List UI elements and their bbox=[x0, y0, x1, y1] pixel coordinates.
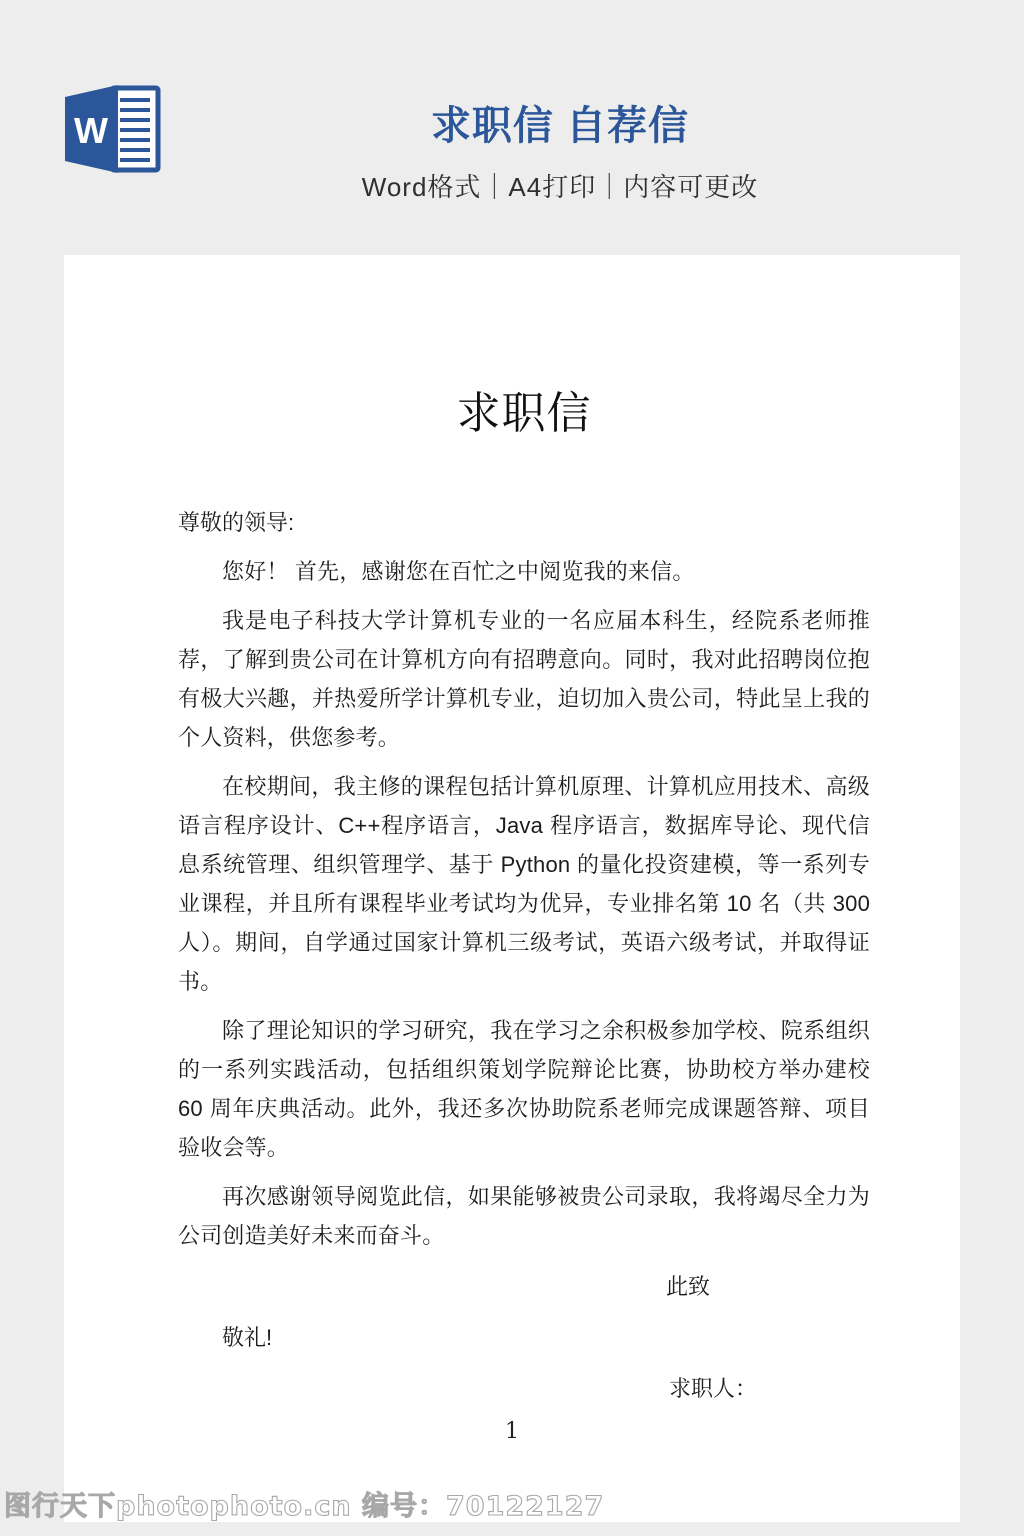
header-text: 求职信 自荐信 Word格式｜A4打印｜内容可更改 bbox=[96, 0, 1024, 204]
letter-title: 求职信 bbox=[178, 377, 870, 441]
document-page: 求职信 尊敬的领导: 您好！ 首先，感谢您在百忙之中阅览我的来信。 我是电子科技… bbox=[64, 255, 960, 1522]
letter-paragraph: 您好！ 首先，感谢您在百忙之中阅览我的来信。 bbox=[178, 552, 870, 591]
page-number: 1 bbox=[64, 1419, 960, 1444]
document-content: 求职信 尊敬的领导: 您好！ 首先，感谢您在百忙之中阅览我的来信。 我是电子科技… bbox=[64, 377, 960, 1408]
letter-paragraph: 我是电子科技大学计算机专业的一名应届本科生，经院系老师推荐，了解到贵公司在计算机… bbox=[178, 601, 870, 757]
letter-applicant-label: 求职人： bbox=[178, 1369, 870, 1408]
letter-closing-regards: 此致 bbox=[178, 1267, 870, 1306]
letter-paragraph: 再次感谢领导阅览此信，如果能够被贵公司录取，我将竭尽全力为公司创造美好未来而奋斗… bbox=[178, 1177, 870, 1255]
letter-salutation: 尊敬的领导: bbox=[178, 503, 870, 542]
letter-paragraph: 除了理论知识的学习研究，我在学习之余积极参加学校、院系组织的一系列实践活动，包括… bbox=[178, 1011, 870, 1167]
letter-paragraph: 在校期间，我主修的课程包括计算机原理、计算机应用技术、高级语言程序设计、C++程… bbox=[178, 767, 870, 1001]
site-watermark: 图行天下photophoto.cn 编号：70122127 bbox=[4, 1484, 604, 1523]
letter-closing-salute: 敬礼! bbox=[178, 1318, 870, 1357]
site-header: W 求职信 自荐信 Word格式｜A4打印｜内容可更改 bbox=[0, 0, 1024, 255]
template-subtitle: Word格式｜A4打印｜内容可更改 bbox=[96, 167, 1024, 204]
template-title: 求职信 自荐信 bbox=[96, 94, 1024, 151]
